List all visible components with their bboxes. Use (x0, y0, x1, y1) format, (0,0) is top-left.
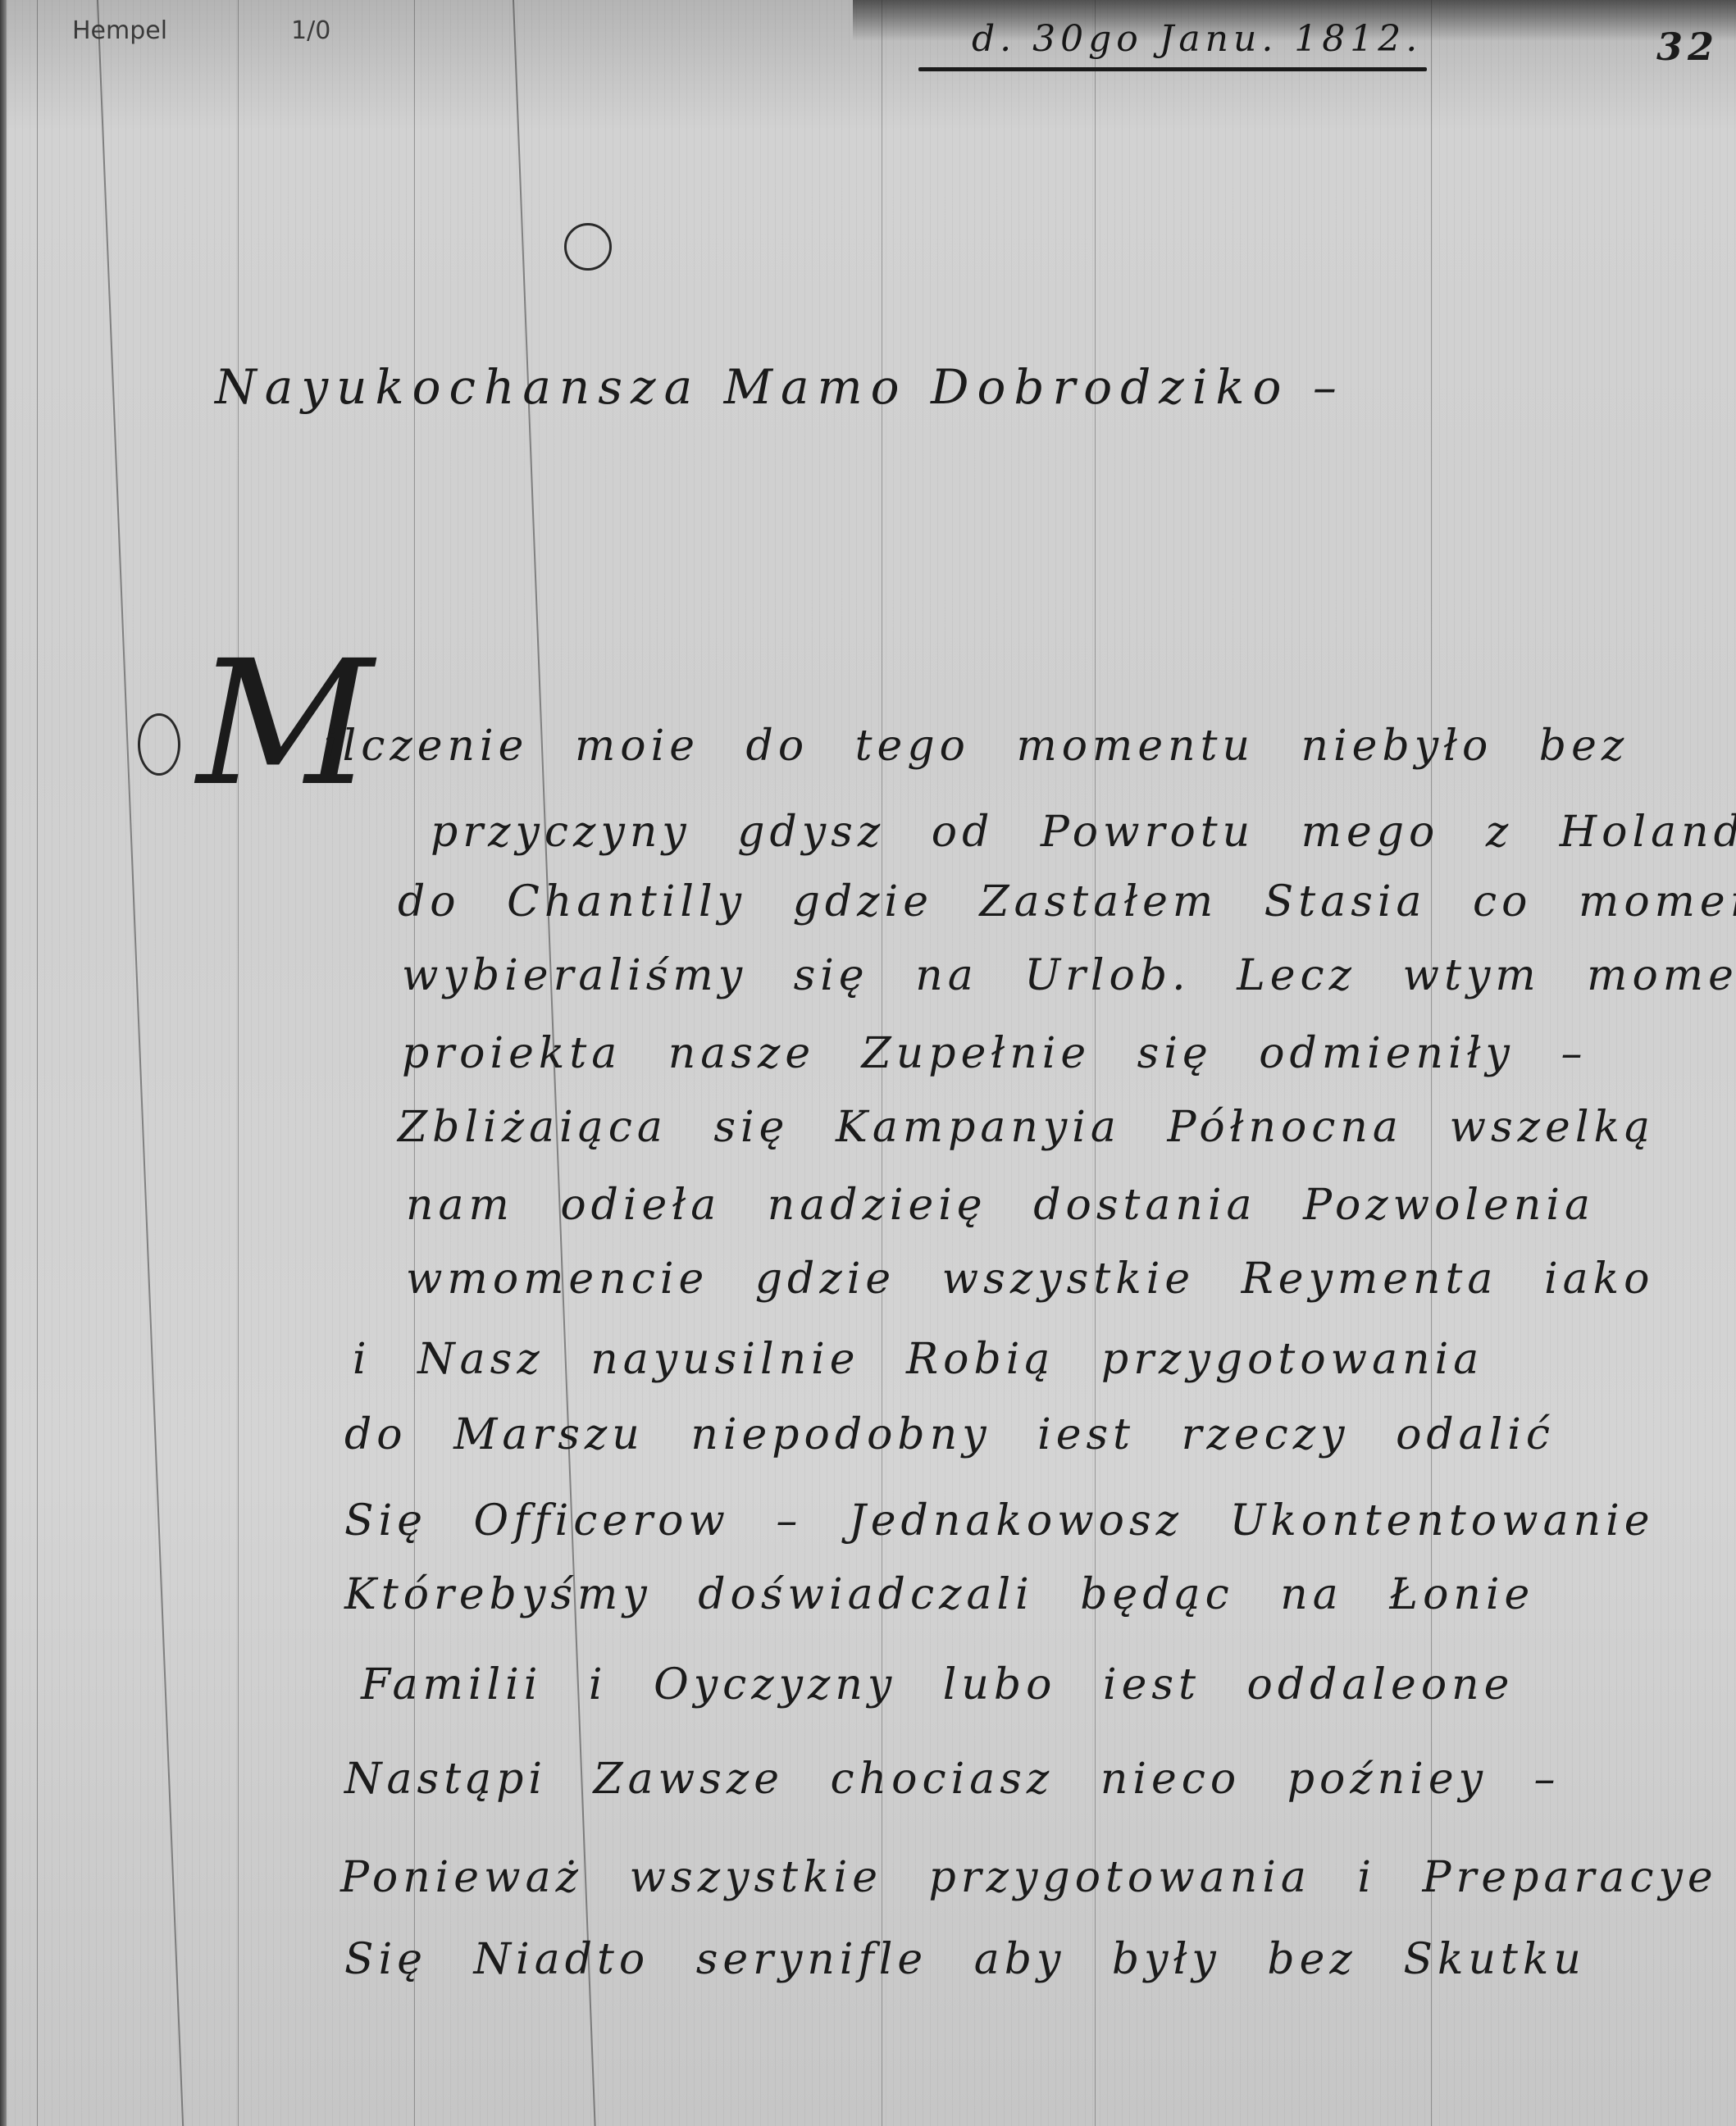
archive-note: Hempel (72, 16, 167, 45)
body-line-7: nam odieła nadzieię dostania Pozwolenia (406, 1181, 1595, 1230)
body-line-3: do Chantilly gdzie Zastałem Stasia co mo… (398, 877, 1736, 926)
salutation: Nayukochansza Mamo Dobrodziko – (215, 359, 1345, 415)
body-line-2: przyczyny gdysz od Powrotu mego z Holand… (431, 808, 1736, 857)
archive-mark: 1/0 (291, 16, 330, 45)
body-line-16: Się Niadto serynifle aby były bez Skutku (344, 1935, 1586, 1984)
body-line-10: do Marszu niepodobny iest rzeczy odalić (344, 1410, 1555, 1459)
body-line-4: wybieraliśmy się na Urlob. Lecz wtym mom… (402, 951, 1736, 1000)
ruling-line (238, 0, 239, 2126)
page-edge (0, 0, 7, 2126)
salutation-flourish (564, 223, 612, 271)
letter-date: d. 30go Janu. 1812. (972, 18, 1422, 60)
body-line-5: proiekta nasze Zupełnie się odmieniły – (402, 1029, 1587, 1078)
body-line-12: Którebyśmy doświadczali będąc na Łonie (344, 1570, 1534, 1619)
date-underline (918, 67, 1427, 71)
body-line-6: Zbliżaiąca się Kampanyia Północna wszelk… (398, 1103, 1655, 1152)
body-line-11: Się Officerow – Jednakowosz Ukontentowan… (344, 1496, 1654, 1546)
ruling-line (37, 0, 38, 2126)
body-line-1: ilczenie moie do tego momentu niebyło be… (324, 722, 1629, 771)
body-line-8: wmomencie gdzie wszystkie Reymenta iako (406, 1254, 1654, 1304)
initial-flourish (138, 713, 180, 776)
page-number: 32 (1656, 25, 1719, 69)
body-line-15: Ponieważ wszystkie przygotowania i Prepa… (340, 1853, 1718, 1902)
body-line-14: Nastąpi Zawsze chociasz nieco poźniey – (344, 1755, 1561, 1804)
body-line-9: i Nasz nayusilnie Robią przygotowania (353, 1335, 1483, 1384)
body-line-13: Familii i Oyczyzny lubo iest oddaleone (361, 1660, 1514, 1709)
